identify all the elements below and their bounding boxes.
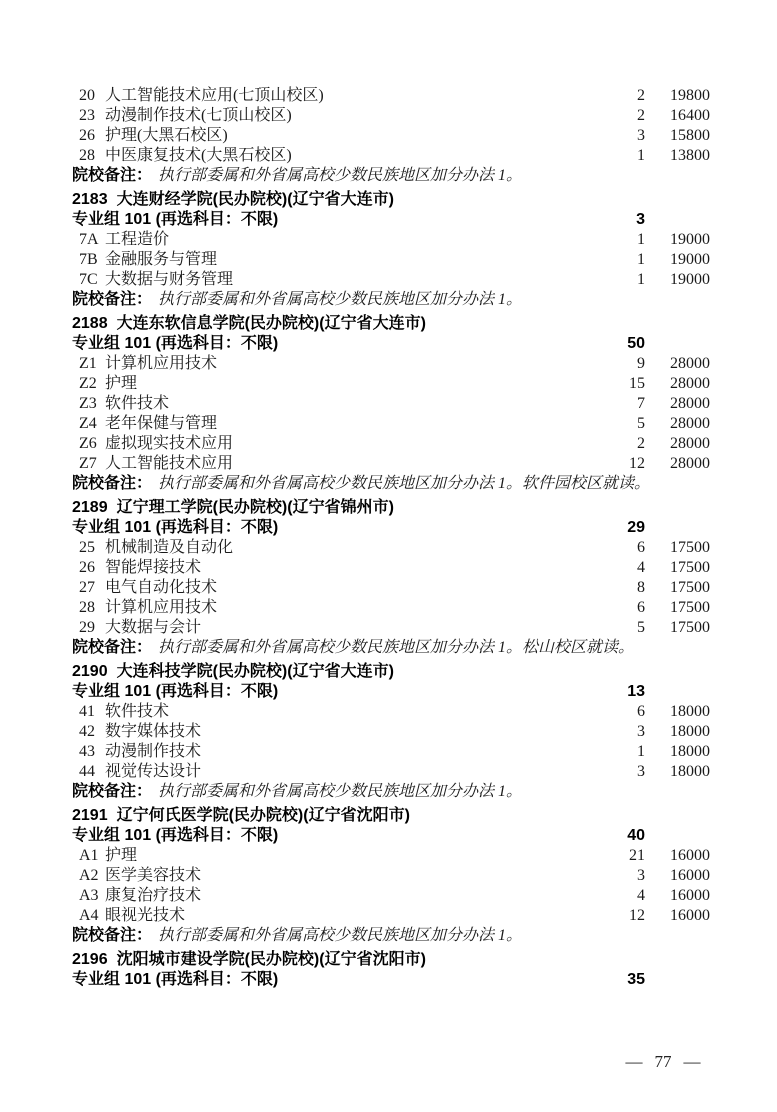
program-name: 电气自动化技术: [105, 578, 585, 598]
remark-label: 院校备注：: [72, 166, 152, 186]
program-name: 护理(大黑石校区): [105, 126, 585, 146]
program-plan-count: 6: [585, 538, 645, 558]
program-plan-count: 5: [585, 414, 645, 434]
program-tuition-fee: 17500: [645, 618, 710, 638]
admission-plan-list: 20人工智能技术应用(七顶山校区)21980023动漫制作技术(七顶山校区)21…: [72, 86, 710, 990]
program-name: 康复治疗技术: [105, 886, 585, 906]
remark-label: 院校备注：: [72, 290, 152, 310]
program-name: 动漫制作技术(七顶山校区): [105, 106, 585, 126]
program-name: 人工智能技术应用(七顶山校区): [105, 86, 585, 106]
major-group-plan-count: 50: [585, 334, 645, 354]
major-group-label: 专业组 101 (再选科目：不限): [72, 334, 585, 354]
program-name: 计算机应用技术: [105, 354, 585, 374]
program-tuition-fee: 19000: [645, 270, 710, 290]
program-tuition-fee: 28000: [645, 434, 710, 454]
program-row: 28计算机应用技术617500: [72, 598, 710, 618]
school-section: 2190大连科技学院(民办院校)(辽宁省大连市)专业组 101 (再选科目：不限…: [72, 662, 710, 802]
school-remark-row: 院校备注：执行部委属和外省属高校少数民族地区加分办法 1。: [72, 782, 710, 802]
program-plan-count: 4: [585, 558, 645, 578]
program-plan-count: 3: [585, 866, 645, 886]
school-header: 2190大连科技学院(民办院校)(辽宁省大连市): [72, 662, 710, 682]
program-name: 动漫制作技术: [105, 742, 585, 762]
program-tuition-fee: 17500: [645, 578, 710, 598]
major-group-plan-count: 3: [585, 210, 645, 230]
major-group-plan-count: 35: [585, 970, 645, 990]
program-code: 23: [79, 106, 105, 126]
program-row: 26智能焊接技术417500: [72, 558, 710, 578]
major-group-label: 专业组 101 (再选科目：不限): [72, 826, 585, 846]
program-tuition-fee: 15800: [645, 126, 710, 146]
program-row: 43动漫制作技术118000: [72, 742, 710, 762]
program-plan-count: 12: [585, 454, 645, 474]
school-title: 大连科技学院(民办院校)(辽宁省大连市): [117, 662, 710, 682]
program-code: 7C: [79, 270, 105, 290]
program-code: A3: [79, 886, 105, 906]
program-name: 大数据与财务管理: [105, 270, 585, 290]
major-group-plan-count: 13: [585, 682, 645, 702]
program-name: 眼视光技术: [105, 906, 585, 926]
school-title: 大连财经学院(民办院校)(辽宁省大连市): [117, 190, 710, 210]
program-row: 27电气自动化技术817500: [72, 578, 710, 598]
school-code: 2191: [72, 806, 108, 826]
program-row: A4眼视光技术1216000: [72, 906, 710, 926]
major-group-plan-count: 29: [585, 518, 645, 538]
program-code: 26: [79, 558, 105, 578]
remark-text: 执行部委属和外省属高校少数民族地区加分办法 1。: [158, 166, 522, 186]
program-plan-count: 6: [585, 702, 645, 722]
program-row: 41软件技术618000: [72, 702, 710, 722]
program-plan-count: 6: [585, 598, 645, 618]
program-tuition-fee: 17500: [645, 538, 710, 558]
program-plan-count: 8: [585, 578, 645, 598]
program-name: 护理: [105, 846, 585, 866]
remark-text: 执行部委属和外省属高校少数民族地区加分办法 1。: [158, 290, 522, 310]
program-tuition-fee: 19800: [645, 86, 710, 106]
program-code: Z3: [79, 394, 105, 414]
major-group-label: 专业组 101 (再选科目：不限): [72, 210, 585, 230]
program-row: Z6虚拟现实技术应用228000: [72, 434, 710, 454]
school-title: 辽宁理工学院(民办院校)(辽宁省锦州市): [117, 498, 710, 518]
program-code: 28: [79, 146, 105, 166]
major-group-row: 专业组 101 (再选科目：不限)35: [72, 970, 710, 990]
program-row: 29大数据与会计517500: [72, 618, 710, 638]
school-section: 2191辽宁何氏医学院(民办院校)(辽宁省沈阳市)专业组 101 (再选科目：不…: [72, 806, 710, 946]
major-group-row: 专业组 101 (再选科目：不限)3: [72, 210, 710, 230]
major-group-label: 专业组 101 (再选科目：不限): [72, 682, 585, 702]
program-tuition-fee: 19000: [645, 230, 710, 250]
program-plan-count: 1: [585, 146, 645, 166]
program-code: Z6: [79, 434, 105, 454]
program-tuition-fee: 28000: [645, 394, 710, 414]
program-name: 软件技术: [105, 394, 585, 414]
document-page: 20人工智能技术应用(七顶山校区)21980023动漫制作技术(七顶山校区)21…: [0, 0, 777, 1112]
remark-label: 院校备注：: [72, 782, 152, 802]
school-header: 2189辽宁理工学院(民办院校)(辽宁省锦州市): [72, 498, 710, 518]
program-plan-count: 21: [585, 846, 645, 866]
program-tuition-fee: 16400: [645, 106, 710, 126]
page-number: — 77 —: [608, 1052, 718, 1072]
program-tuition-fee: 13800: [645, 146, 710, 166]
program-plan-count: 12: [585, 906, 645, 926]
program-code: 20: [79, 86, 105, 106]
footer-dash-right: —: [684, 1052, 701, 1072]
program-plan-count: 15: [585, 374, 645, 394]
major-group-plan-count: 40: [585, 826, 645, 846]
program-row: Z1计算机应用技术928000: [72, 354, 710, 374]
program-plan-count: 2: [585, 106, 645, 126]
remark-text: 执行部委属和外省属高校少数民族地区加分办法 1。: [158, 782, 522, 802]
program-code: Z4: [79, 414, 105, 434]
program-plan-count: 3: [585, 762, 645, 782]
program-row: Z7人工智能技术应用1228000: [72, 454, 710, 474]
program-name: 计算机应用技术: [105, 598, 585, 618]
remark-text: 执行部委属和外省属高校少数民族地区加分办法 1。软件园校区就读。: [158, 474, 650, 494]
school-code: 2189: [72, 498, 108, 518]
program-row: 44视觉传达设计318000: [72, 762, 710, 782]
program-code: 26: [79, 126, 105, 146]
program-code: 7A: [79, 230, 105, 250]
program-name: 软件技术: [105, 702, 585, 722]
program-row: Z4老年保健与管理528000: [72, 414, 710, 434]
program-plan-count: 5: [585, 618, 645, 638]
program-code: 27: [79, 578, 105, 598]
program-code: A4: [79, 906, 105, 926]
program-plan-count: 1: [585, 230, 645, 250]
program-name: 老年保健与管理: [105, 414, 585, 434]
school-title: 大连东软信息学院(民办院校)(辽宁省大连市): [117, 314, 710, 334]
school-header: 2191辽宁何氏医学院(民办院校)(辽宁省沈阳市): [72, 806, 710, 826]
program-name: 大数据与会计: [105, 618, 585, 638]
program-tuition-fee: 18000: [645, 742, 710, 762]
school-code: 2196: [72, 950, 108, 970]
program-name: 虚拟现实技术应用: [105, 434, 585, 454]
program-code: 43: [79, 742, 105, 762]
major-group-row: 专业组 101 (再选科目：不限)50: [72, 334, 710, 354]
remark-label: 院校备注：: [72, 474, 152, 494]
program-row: Z3软件技术728000: [72, 394, 710, 414]
program-code: Z7: [79, 454, 105, 474]
school-code: 2190: [72, 662, 108, 682]
footer-dash-left: —: [626, 1052, 643, 1072]
program-name: 视觉传达设计: [105, 762, 585, 782]
program-tuition-fee: 28000: [645, 354, 710, 374]
program-plan-count: 9: [585, 354, 645, 374]
major-group-row: 专业组 101 (再选科目：不限)13: [72, 682, 710, 702]
program-name: 人工智能技术应用: [105, 454, 585, 474]
program-name: 金融服务与管理: [105, 250, 585, 270]
program-tuition-fee: 28000: [645, 374, 710, 394]
program-row: A3康复治疗技术416000: [72, 886, 710, 906]
school-section: 2189辽宁理工学院(民办院校)(辽宁省锦州市)专业组 101 (再选科目：不限…: [72, 498, 710, 658]
program-code: A1: [79, 846, 105, 866]
school-remark-row: 院校备注：执行部委属和外省属高校少数民族地区加分办法 1。: [72, 290, 710, 310]
school-title: 辽宁何氏医学院(民办院校)(辽宁省沈阳市): [117, 806, 710, 826]
school-remark-row: 院校备注：执行部委属和外省属高校少数民族地区加分办法 1。: [72, 926, 710, 946]
school-header: 2196沈阳城市建设学院(民办院校)(辽宁省沈阳市): [72, 950, 710, 970]
school-header: 2188大连东软信息学院(民办院校)(辽宁省大连市): [72, 314, 710, 334]
program-code: 44: [79, 762, 105, 782]
program-tuition-fee: 19000: [645, 250, 710, 270]
school-header: 2183大连财经学院(民办院校)(辽宁省大连市): [72, 190, 710, 210]
program-tuition-fee: 18000: [645, 722, 710, 742]
program-code: 28: [79, 598, 105, 618]
program-plan-count: 1: [585, 250, 645, 270]
program-tuition-fee: 16000: [645, 886, 710, 906]
program-tuition-fee: 18000: [645, 762, 710, 782]
program-name: 机械制造及自动化: [105, 538, 585, 558]
program-code: 29: [79, 618, 105, 638]
program-plan-count: 3: [585, 126, 645, 146]
school-section: 2196沈阳城市建设学院(民办院校)(辽宁省沈阳市)专业组 101 (再选科目：…: [72, 950, 710, 990]
program-code: 7B: [79, 250, 105, 270]
program-tuition-fee: 28000: [645, 454, 710, 474]
program-row: 28中医康复技术(大黑石校区)113800: [72, 146, 710, 166]
program-code: 41: [79, 702, 105, 722]
program-row: 23动漫制作技术(七顶山校区)216400: [72, 106, 710, 126]
program-row: 42数字媒体技术318000: [72, 722, 710, 742]
program-row: 25机械制造及自动化617500: [72, 538, 710, 558]
program-plan-count: 2: [585, 86, 645, 106]
school-title: 沈阳城市建设学院(民办院校)(辽宁省沈阳市): [117, 950, 710, 970]
program-row: 26护理(大黑石校区)315800: [72, 126, 710, 146]
program-code: 25: [79, 538, 105, 558]
program-tuition-fee: 17500: [645, 598, 710, 618]
program-row: 7C大数据与财务管理119000: [72, 270, 710, 290]
major-group-row: 专业组 101 (再选科目：不限)40: [72, 826, 710, 846]
school-section: 2188大连东软信息学院(民办院校)(辽宁省大连市)专业组 101 (再选科目：…: [72, 314, 710, 494]
program-code: 42: [79, 722, 105, 742]
program-name: 工程造价: [105, 230, 585, 250]
program-tuition-fee: 16000: [645, 846, 710, 866]
major-group-label: 专业组 101 (再选科目：不限): [72, 518, 585, 538]
program-code: Z1: [79, 354, 105, 374]
major-group-label: 专业组 101 (再选科目：不限): [72, 970, 585, 990]
school-code: 2188: [72, 314, 108, 334]
program-name: 数字媒体技术: [105, 722, 585, 742]
program-row: 7B金融服务与管理119000: [72, 250, 710, 270]
program-plan-count: 1: [585, 742, 645, 762]
program-row: A2医学美容技术316000: [72, 866, 710, 886]
program-plan-count: 4: [585, 886, 645, 906]
school-remark-row: 院校备注：执行部委属和外省属高校少数民族地区加分办法 1。松山校区就读。: [72, 638, 710, 658]
program-plan-count: 7: [585, 394, 645, 414]
remark-text: 执行部委属和外省属高校少数民族地区加分办法 1。松山校区就读。: [158, 638, 634, 658]
program-row: A1护理2116000: [72, 846, 710, 866]
school-remark-row: 院校备注：执行部委属和外省属高校少数民族地区加分办法 1。软件园校区就读。: [72, 474, 710, 494]
program-name: 中医康复技术(大黑石校区): [105, 146, 585, 166]
program-row: 7A工程造价119000: [72, 230, 710, 250]
program-tuition-fee: 28000: [645, 414, 710, 434]
school-code: 2183: [72, 190, 108, 210]
remark-text: 执行部委属和外省属高校少数民族地区加分办法 1。: [158, 926, 522, 946]
program-tuition-fee: 16000: [645, 866, 710, 886]
remark-label: 院校备注：: [72, 926, 152, 946]
program-tuition-fee: 18000: [645, 702, 710, 722]
program-row: Z2护理1528000: [72, 374, 710, 394]
school-section: 20人工智能技术应用(七顶山校区)21980023动漫制作技术(七顶山校区)21…: [72, 86, 710, 186]
major-group-row: 专业组 101 (再选科目：不限)29: [72, 518, 710, 538]
program-plan-count: 3: [585, 722, 645, 742]
footer-page-number: 77: [655, 1052, 672, 1072]
school-remark-row: 院校备注：执行部委属和外省属高校少数民族地区加分办法 1。: [72, 166, 710, 186]
program-name: 医学美容技术: [105, 866, 585, 886]
program-name: 智能焊接技术: [105, 558, 585, 578]
program-code: Z2: [79, 374, 105, 394]
remark-label: 院校备注：: [72, 638, 152, 658]
program-code: A2: [79, 866, 105, 886]
program-plan-count: 2: [585, 434, 645, 454]
program-tuition-fee: 17500: [645, 558, 710, 578]
program-plan-count: 1: [585, 270, 645, 290]
program-row: 20人工智能技术应用(七顶山校区)219800: [72, 86, 710, 106]
program-tuition-fee: 16000: [645, 906, 710, 926]
school-section: 2183大连财经学院(民办院校)(辽宁省大连市)专业组 101 (再选科目：不限…: [72, 190, 710, 310]
program-name: 护理: [105, 374, 585, 394]
